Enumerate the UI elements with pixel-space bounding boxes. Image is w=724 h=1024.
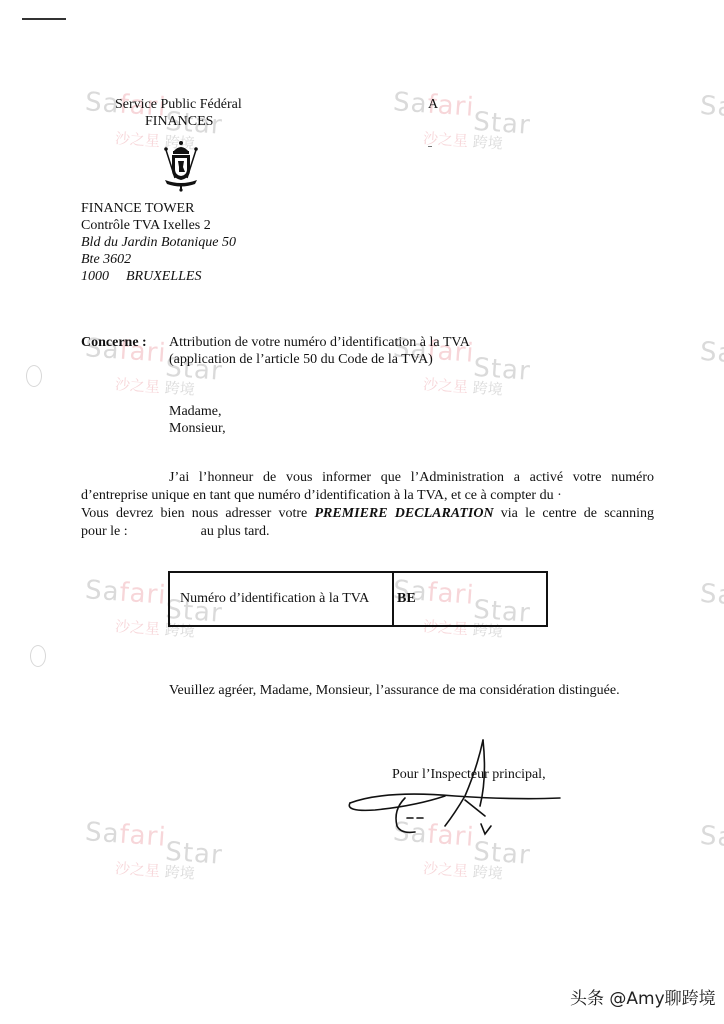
- ministry-department: FINANCES: [145, 113, 213, 130]
- watermark: Sa: [700, 822, 724, 902]
- watermark: SafariStar 沙之星 跨境: [85, 822, 245, 902]
- body-line: pour le :au plus tard.: [81, 523, 654, 541]
- vat-number-value: BE: [394, 573, 546, 625]
- reference-letter: A: [428, 96, 438, 113]
- address-city-line: 1000BRUXELLES: [81, 268, 236, 285]
- body-line: J’ai l’honneur de vous informer que l’Ad…: [81, 469, 654, 487]
- city: BRUXELLES: [126, 269, 201, 284]
- address-line: Bte 3602: [81, 251, 236, 268]
- ministry-name: Service Public Fédéral: [115, 96, 242, 113]
- subject-label: Concerne :: [81, 334, 147, 351]
- address-line: Bld du Jardin Botanique 50: [81, 234, 236, 251]
- subject-line: Attribution de votre numéro d’identifica…: [169, 334, 470, 351]
- source-credit: 头条 @Amy聊跨境: [570, 984, 716, 1009]
- punch-hole-mark: [30, 645, 46, 667]
- vat-number-table: Numéro d’identification à la TVA BE: [168, 571, 548, 627]
- watermark: Sa: [700, 338, 724, 418]
- watermark: Sa: [700, 92, 724, 172]
- scan-mark: [428, 146, 432, 147]
- subject-text: Attribution de votre numéro d’identifica…: [169, 334, 470, 368]
- postal-code: 1000: [81, 268, 126, 285]
- handwritten-signature-icon: [345, 738, 565, 838]
- scan-mark: [22, 18, 66, 20]
- body-line: d’entreprise unique en tant que numéro d…: [81, 487, 654, 505]
- punch-hole-mark: [26, 365, 42, 387]
- body-line: Vous devrez bien nous adresser votre PRE…: [81, 505, 654, 523]
- belgian-coat-of-arms-icon: [160, 140, 202, 192]
- address-line: Contrôle TVA Ixelles 2: [81, 217, 236, 234]
- watermark: SafariStar 沙之星 跨境: [393, 92, 553, 172]
- closing-formula: Veuillez agréer, Madame, Monsieur, l’ass…: [169, 682, 620, 699]
- vat-number-label: Numéro d’identification à la TVA: [170, 573, 394, 625]
- salutation: Madame, Monsieur,: [169, 403, 226, 437]
- salutation-line: Madame,: [169, 403, 226, 420]
- first-declaration-emphasis: PREMIERE DECLARATION: [314, 506, 493, 521]
- watermark: Sa: [700, 580, 724, 660]
- subject-line: (application de l’article 50 du Code de …: [169, 351, 470, 368]
- sender-address: FINANCE TOWER Contrôle TVA Ixelles 2 Bld…: [81, 200, 236, 285]
- address-line: FINANCE TOWER: [81, 200, 236, 217]
- body-paragraph: J’ai l’honneur de vous informer que l’Ad…: [81, 469, 654, 541]
- salutation-line: Monsieur,: [169, 420, 226, 437]
